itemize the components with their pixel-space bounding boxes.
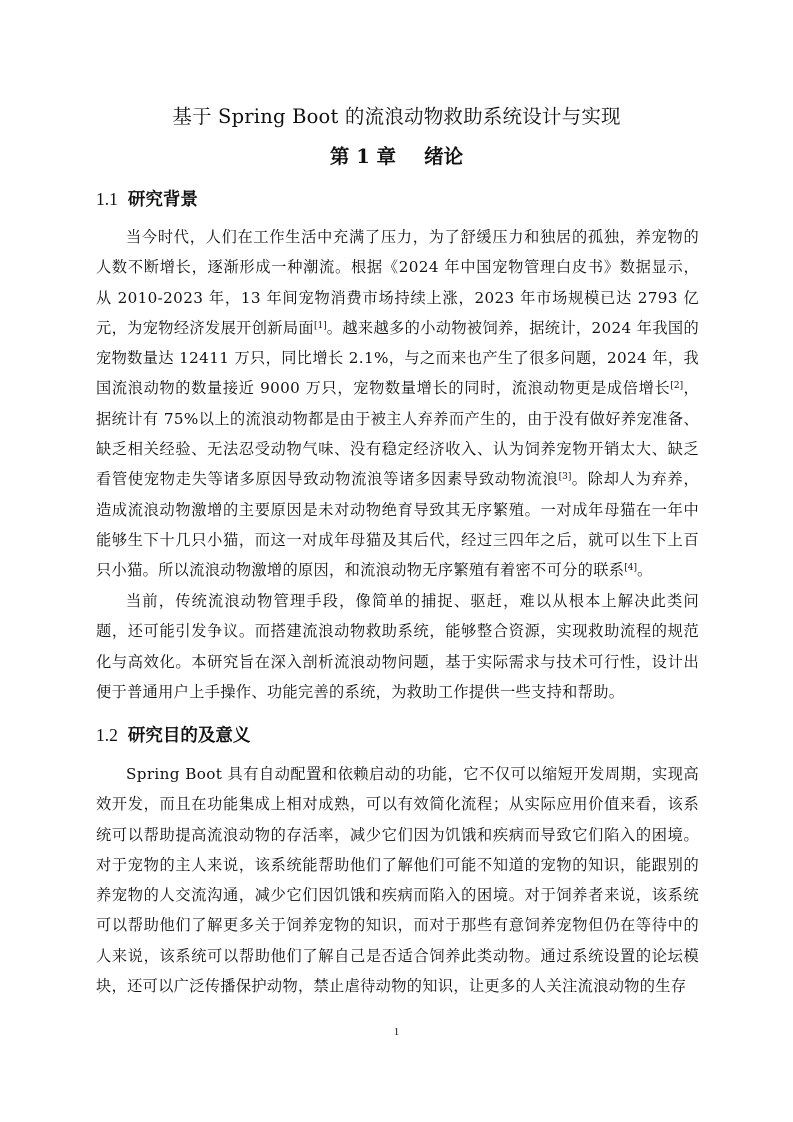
section-number: 1.1 — [96, 189, 118, 209]
section-title: 研究目的及意义 — [128, 726, 251, 746]
section-heading-1-1: 1.1研究背景 — [96, 186, 198, 213]
citation-3[interactable]: [3] — [559, 472, 572, 482]
chapter-number: 第 1 章 — [330, 145, 396, 168]
paragraph-purpose-1: Spring Boot 具有自动配置和依赖启动的功能，它不仅可以缩短开发周期，实… — [96, 759, 699, 1001]
citation-2[interactable]: [2] — [670, 381, 683, 391]
citation-1[interactable]: [1] — [314, 321, 327, 331]
document-page: 基于 Spring Boot 的流浪动物救助系统设计与实现 第 1 章绪论 1.… — [0, 0, 793, 1122]
chapter-heading: 第 1 章绪论 — [0, 143, 793, 171]
section-title: 研究背景 — [128, 190, 198, 210]
section-number: 1.2 — [96, 725, 118, 745]
citation-4[interactable]: [4] — [624, 563, 637, 573]
document-title: 基于 Spring Boot 的流浪动物救助系统设计与实现 — [0, 103, 793, 131]
section-heading-1-2: 1.2研究目的及意义 — [96, 722, 250, 749]
paragraph-background-2: 当前，传统流浪动物管理手段，像简单的捕捉、驱赶，难以从根本上解决此类问题，还可能… — [96, 586, 699, 707]
page-number: 1 — [0, 1026, 793, 1038]
paragraph-background-1: 当今时代，人们在工作生活中充满了压力，为了舒缓压力和独居的孤独，养宠物的人数不断… — [96, 222, 699, 586]
chapter-name: 绪论 — [424, 145, 463, 168]
